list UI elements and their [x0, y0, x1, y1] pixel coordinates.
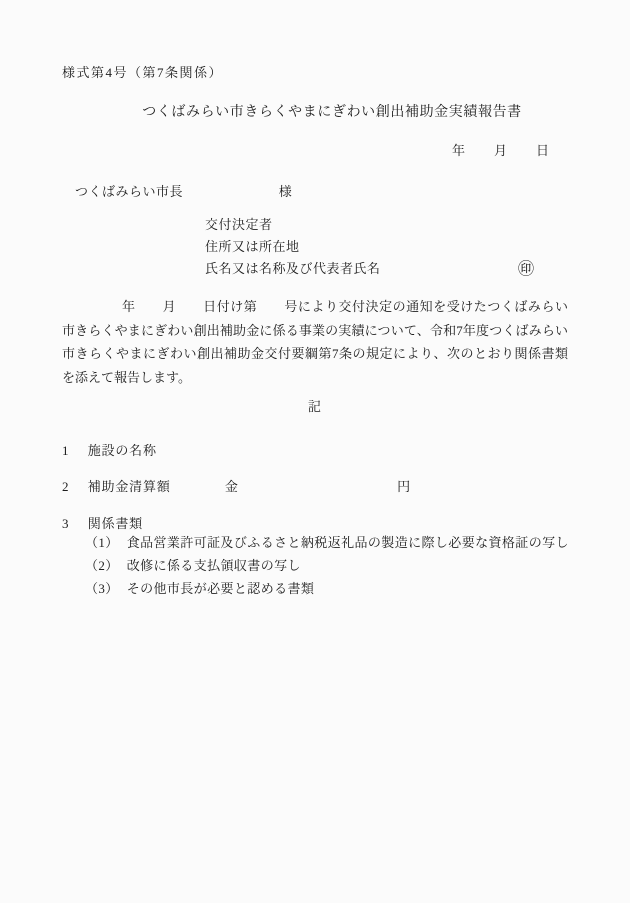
form-number: 様式第4号（第7条関係）	[62, 62, 223, 81]
body-line-4: を添えて報告します。	[62, 366, 568, 390]
addressee-line: つくばみらい市長 様	[75, 181, 292, 200]
sub-item-number: （2）	[85, 558, 119, 573]
sub-item-number: （3）	[85, 581, 119, 596]
item-label: 補助金清算額	[88, 479, 171, 494]
sub-item-text: 食品営業許可証及びふるさと納税返礼品の製造に際し必要な資格証の写し	[127, 535, 569, 550]
document-page: 様式第4号（第7条関係） つくばみらい市きらくやまにぎわい創出補助金実績報告書 …	[0, 0, 630, 903]
document-title: つくばみらい市きらくやまにぎわい創出補助金実績報告書	[0, 101, 630, 121]
item-label: 施設の名称	[88, 443, 157, 458]
record-marker: 記	[62, 396, 568, 415]
grantor-address-label: 住所又は所在地	[205, 236, 381, 258]
sub-item-text: その他市長が必要と認める書類	[127, 581, 315, 596]
date-line: 年 月 日	[452, 140, 550, 159]
body-paragraph: 年 月 日付け第 号により交付決定の通知を受けたつくばみらい 市きらくやまにぎわ…	[62, 295, 568, 389]
item-number: 3	[62, 516, 69, 531]
seal-mark-icon: ㊞	[518, 256, 534, 279]
addressee-name: つくばみらい市長	[75, 184, 183, 199]
item-facility-name: 1 施設の名称	[62, 440, 157, 459]
related-documents-list: （1）食品営業許可証及びふるさと納税返礼品の製造に際し必要な資格証の写し （2）…	[85, 531, 569, 601]
sub-item-text: 改修に係る支払領収書の写し	[127, 558, 301, 573]
item-number: 2	[62, 479, 69, 494]
body-line-1: 年 月 日付け第 号により交付決定の通知を受けたつくばみらい	[62, 295, 568, 319]
addressee-honorific: 様	[279, 184, 293, 199]
sub-item-2: （2）改修に係る支払領収書の写し	[85, 554, 569, 577]
grantor-name-label: 氏名又は名称及び代表者氏名	[205, 258, 381, 280]
item-number: 1	[62, 443, 69, 458]
amount-prefix: 金	[225, 479, 238, 494]
item-related-documents: 3 関係書類	[62, 513, 143, 532]
amount-suffix: 円	[397, 479, 410, 494]
sub-item-3: （3）その他市長が必要と認める書類	[85, 577, 569, 600]
item-label: 関係書類	[88, 516, 143, 531]
grantor-label: 交付決定者	[205, 214, 381, 236]
body-line-2: 市きらくやまにぎわい創出補助金に係る事業の実績について、令和7年度つくばみらい	[62, 319, 568, 343]
sub-item-1: （1）食品営業許可証及びふるさと納税返礼品の製造に際し必要な資格証の写し	[85, 531, 569, 554]
item-subsidy-settlement-amount: 2 補助金清算額 金 円	[62, 476, 410, 495]
body-line-3: 市きらくやまにぎわい創出補助金交付要綱第7条の規定により、次のとおり関係書類	[62, 342, 568, 366]
sub-item-number: （1）	[85, 535, 119, 550]
grantor-block: 交付決定者 住所又は所在地 氏名又は名称及び代表者氏名	[205, 214, 381, 280]
